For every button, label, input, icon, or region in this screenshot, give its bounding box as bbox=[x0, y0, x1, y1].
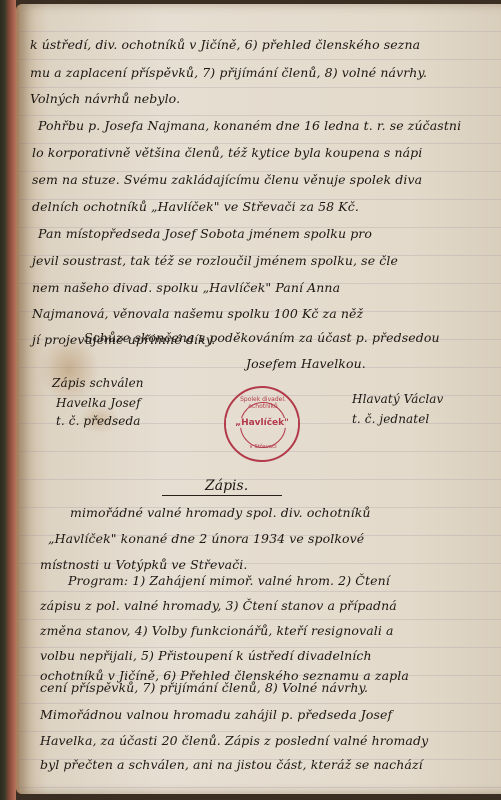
text-line: místnosti u Votýpků ve Střevači. bbox=[40, 557, 247, 572]
text-line: Volných návrhů nebylo. bbox=[30, 91, 180, 106]
stamp-center-text: „Havlíček" bbox=[226, 418, 298, 428]
text-line: delních ochotníků „Havlíček" ve Střevači… bbox=[32, 199, 359, 214]
approval-name: Havelka Josef bbox=[56, 396, 141, 410]
closing-line: Schůze skončena s poděkováním za účast p… bbox=[84, 330, 440, 345]
closing-line: Josefem Havelkou. bbox=[246, 356, 366, 371]
signature-role: t. č. jednatel bbox=[352, 412, 429, 426]
stamp-bottom-text: v Střevači bbox=[228, 444, 298, 450]
text-line: „Havlíček" konané dne 2 února 1934 ve sp… bbox=[48, 531, 364, 546]
text-line: jevil soustrast, tak též se rozloučil jm… bbox=[32, 253, 398, 268]
text-line: nem našeho divad. spolku „Havlíček" Paní… bbox=[32, 280, 340, 295]
approval-label: Zápis schválen bbox=[52, 376, 144, 390]
text-line: sem na stuze. Svému zakládajícímu členu … bbox=[32, 172, 422, 187]
text-line: mimořádné valné hromady spol. div. ochot… bbox=[70, 505, 371, 520]
text-line: byl přečten a schválen, ani na jistou čá… bbox=[40, 757, 423, 772]
text-line: k ústředí, div. ochotníků v Jičíně, 6) p… bbox=[30, 37, 420, 52]
text-line: Pan místopředseda Josef Sobota jménem sp… bbox=[38, 226, 372, 241]
text-line: Mimořádnou valnou hromadu zahájil p. pře… bbox=[40, 707, 392, 722]
club-stamp: Spolek divadel. ochotníků „Havlíček" v S… bbox=[224, 386, 300, 462]
text-line: Pohřbu p. Josefa Najmana, konaném dne 16… bbox=[38, 118, 461, 133]
text-line: Program: 1) Zahájení mimoř. valné hrom. … bbox=[68, 573, 390, 588]
text-line: volbu nepřijali, 5) Přistoupení k ústřed… bbox=[40, 648, 372, 663]
section-title: Zápis. bbox=[205, 478, 248, 494]
signature-name: Hlavatý Václav bbox=[352, 392, 443, 406]
text-line: lo korporativně většina členů, též kytic… bbox=[32, 145, 422, 160]
text-line: cení příspěvků, 7) přijímání členů, 8) V… bbox=[40, 680, 368, 695]
title-underline bbox=[162, 495, 282, 496]
approval-role: t. č. předseda bbox=[56, 414, 141, 428]
book-binding-edge bbox=[0, 0, 16, 800]
text-line: Najmanová, věnovala našemu spolku 100 Kč… bbox=[32, 306, 363, 321]
text-line: zápisu z pol. valné hromady, 3) Čtení st… bbox=[40, 598, 397, 613]
text-line: mu a zaplacení příspěvků, 7) přijímání č… bbox=[30, 65, 427, 80]
stamp-top-text: Spolek divadel. ochotníků bbox=[228, 396, 298, 410]
text-line: Havelka, za účasti 20 členů. Zápis z pos… bbox=[40, 733, 428, 748]
text-line: změna stanov, 4) Volby funkcionářů, kteř… bbox=[40, 623, 394, 638]
